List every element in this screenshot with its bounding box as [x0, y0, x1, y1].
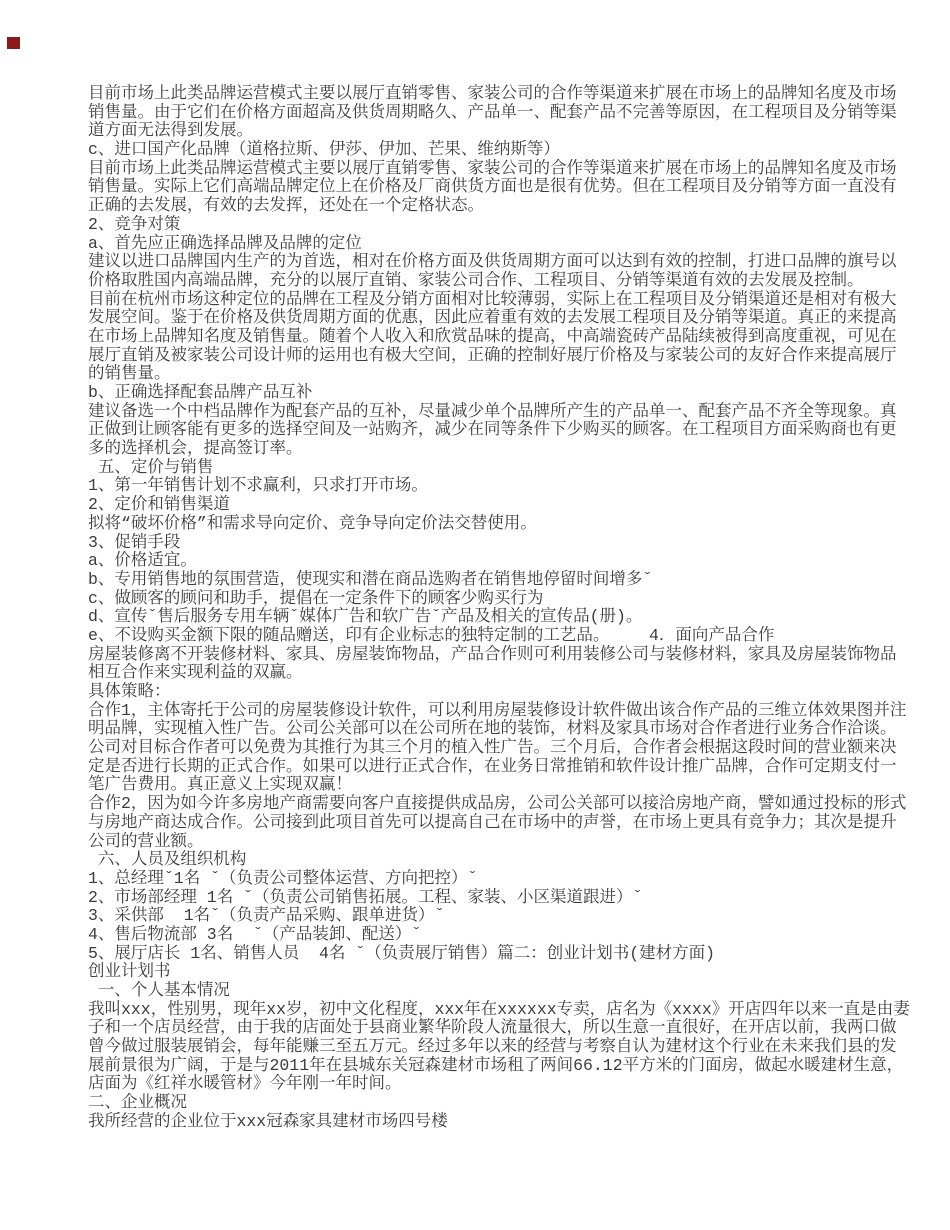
text-line: 多的选择机会，提高签订率。 — [88, 440, 888, 459]
text-line: 2、定价和销售渠道 — [88, 496, 888, 515]
text-line: 5、展厅店长 1名、销售人员 4名 ˇ（负责展厅销售）篇二：创业计划书(建材方面… — [88, 945, 888, 964]
text-line: 目前在杭州市场这种定位的品牌在工程及分销方面相对比较薄弱，实际上在工程项目及分销… — [88, 291, 888, 310]
text-line: 的销售量。 — [88, 365, 888, 384]
text-line: 公司的营业额。 — [88, 833, 888, 852]
text-line: 合作1，主体寄托于公司的房屋装修设计软件，可以利用房屋装修设计软件做出该合作产品… — [88, 702, 888, 721]
text-line: 房屋装修离不开装修材料、家具、房屋装饰物品，产品合作则可利用装修公司与装修材料，… — [88, 646, 888, 665]
document-page: 目前市场上此类品牌运营模式主要以展厅直销零售、家装公司的合作等渠道来扩展在市场上… — [0, 0, 950, 1230]
text-line: a、价格适宜。 — [88, 552, 888, 571]
text-line: 在市场上品牌知名度及销售量。随着个人收入和欣赏品味的提高，中高端瓷砖产品陆续被得… — [88, 328, 888, 347]
text-line: 一、个人基本情况 — [88, 982, 888, 1001]
text-line: 我所经营的企业位于xxx冠森家具建材市场四号楼 — [88, 1113, 888, 1132]
text-line: 4、售后物流部 3名 ˇ（产品装卸、配送）ˇ — [88, 926, 888, 945]
text-line: 2、市场部经理 1名 ˇ（负责公司销售拓展。工程、家装、小区渠道跟进）ˇ — [88, 889, 888, 908]
text-line: a、首先应正确选择品牌及品牌的定位 — [88, 235, 888, 254]
text-line: 子和一个店员经营，由于我的店面处于县商业繁华阶段人流量很大，所以生意一直很好，在… — [88, 1019, 888, 1038]
text-line: 创业计划书 — [88, 963, 888, 982]
text-line: 3、促销手段 — [88, 534, 888, 553]
text-line: d、宣传ˇ售后服务专用车辆ˇ媒体广告和软广告ˇ产品及相关的宣传品(册)。 — [88, 608, 888, 627]
text-line: 五、定价与销售 — [88, 459, 888, 478]
text-line: 明品牌，实现植入性广告。公司公关部可以在公司所在地的装饰，材料及家具市场对合作者… — [88, 720, 888, 739]
text-line: 展前景很为广阔，于是与2011年在县城东关冠森建材市场租了两间66.12平方米的… — [88, 1057, 888, 1076]
text-line: 2、竞争对策 — [88, 216, 888, 235]
text-line: 与房地产商达成合作。公司接到此项目首先可以提高自己在市场中的声誉，在市场上更具有… — [88, 814, 888, 833]
text-line: b、正确选择配套品牌产品互补 — [88, 384, 888, 403]
document-text: 目前市场上此类品牌运营模式主要以展厅直销零售、家装公司的合作等渠道来扩展在市场上… — [88, 85, 888, 1132]
text-line: 拟将“破坏价格”和需求导向定价、竞争导向定价法交替使用。 — [88, 515, 888, 534]
text-line: 具体策略： — [88, 683, 888, 702]
text-line: 道方面无法得到发展。 — [88, 122, 888, 141]
text-line: 建议备选一个中档品牌作为配套产品的互补，尽量减少单个品牌所产生的产品单一、配套产… — [88, 403, 888, 422]
text-line: 二、企业概况 — [88, 1094, 888, 1113]
text-line: c、进口国产化品牌（道格拉斯、伊莎、伊加、芒果、维纳斯等） — [88, 141, 888, 160]
text-line: 定是否进行长期的正式合作。如果可以进行正式合作，在业务日常推销和软件设计推广品牌… — [88, 758, 888, 777]
text-line: 合作2，因为如今许多房地产商需要向客户直接提供成品房，公司公关部可以接洽房地产商… — [88, 795, 888, 814]
text-line: 我叫xxx，性别男，现年xx岁，初中文化程度，xxx年在xxxxxx专卖，店名为… — [88, 1001, 888, 1020]
text-line: 展厅直销及被家装公司设计师的运用也有极大空间，正确的控制好展厅价格及与家装公司的… — [88, 347, 888, 366]
text-line: 公司对目标合作者可以免费为其推行为其三个月的植入性广告。三个月后，合作者会根据这… — [88, 739, 888, 758]
text-line: c、做顾客的顾问和助手，提倡在一定条件下的顾客少购买行为 — [88, 590, 888, 609]
text-line: 1、总经理ˇ1名 ˇ（负责公司整体运营、方向把控）ˇ — [88, 870, 888, 889]
text-line: 笔广告费用。真正意义上实现双赢！ — [88, 776, 888, 795]
text-line: 销售量。实际上它们高端品牌定位上在价格及厂商供货方面也是很有优势。但在工程项目及… — [88, 178, 888, 197]
text-line: 正确的去发展，有效的去发挥，还处在一个定格状态。 — [88, 197, 888, 216]
text-line: 正做到让顾客能有更多的选择空间及一站购齐，减少在同等条件下少购买的顾客。在工程项… — [88, 421, 888, 440]
text-line: b、专用销售地的氛围营造，使现实和潜在商品选购者在销售地停留时间增多ˇ — [88, 571, 888, 590]
text-line: 发展空间。鉴于在价格及供货周期方面的优惠，因此应着重有效的去发展工程项目及分销等… — [88, 309, 888, 328]
text-line: 目前市场上此类品牌运营模式主要以展厅直销零售、家装公司的合作等渠道来扩展在市场上… — [88, 160, 888, 179]
red-mark-artifact — [7, 37, 20, 49]
text-line: 曾今做过服装展销会，每年能赚三至五万元。经过多年以来的经营与考察自认为建材这个行… — [88, 1038, 888, 1057]
text-line: e、不设购买金额下限的随品赠送，印有企业标志的独特定制的工艺品。 4．面向产品合… — [88, 627, 888, 646]
text-line: 3、采供部 1名ˇ（负责产品采购、跟单进货）ˇ — [88, 907, 888, 926]
text-line: 1、第一年销售计划不求赢利，只求打开市场。 — [88, 477, 888, 496]
text-line: 六、人员及组织机构 — [88, 851, 888, 870]
text-line: 销售量。由于它们在价格方面超高及供货周期略久、产品单一、配套产品不完善等原因，在… — [88, 104, 888, 123]
text-line: 价格取胜国内高端品牌，充分的以展厅直销、家装公司合作、工程项目、分销等渠道有效的… — [88, 272, 888, 291]
text-line: 建议以进口品牌国内生产的为首选，相对在价格方面及供货周期方面可以达到有效的控制，… — [88, 253, 888, 272]
text-line: 相互合作来实现利益的双赢。 — [88, 664, 888, 683]
text-line: 店面为《红祥水暖管材》今年刚一年时间。 — [88, 1075, 888, 1094]
text-line: 目前市场上此类品牌运营模式主要以展厅直销零售、家装公司的合作等渠道来扩展在市场上… — [88, 85, 888, 104]
